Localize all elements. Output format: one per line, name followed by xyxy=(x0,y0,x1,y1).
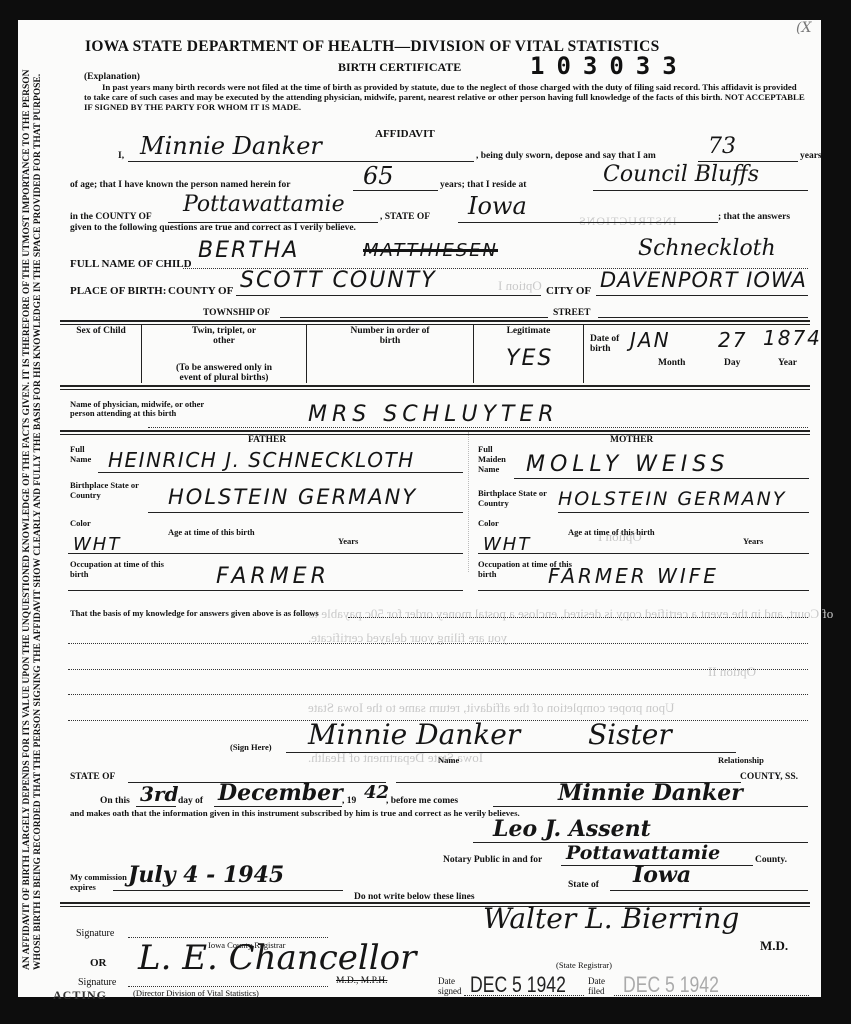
corner-mark: (X xyxy=(796,20,811,36)
or-label: OR xyxy=(90,957,107,969)
known-years: 65 xyxy=(363,162,394,190)
before-me-label: , before me comes xyxy=(386,796,458,806)
date-signed-label: Date signed xyxy=(438,976,464,996)
birth-date-label: Date of birth xyxy=(590,334,630,354)
affiant-relationship: Sister xyxy=(588,718,672,751)
day-of-label: day of xyxy=(178,796,203,806)
birth-city: DAVENPORT IOWA xyxy=(600,268,807,292)
md-label: M.D. xyxy=(760,938,788,954)
day-label: Day xyxy=(724,358,740,368)
certificate-number: 103033 xyxy=(530,52,689,80)
notary-state-label: STATE OF xyxy=(70,772,115,782)
mother-name: MOLLY WEISS xyxy=(526,452,729,477)
father-color: WHT xyxy=(73,534,121,555)
county-label: in the COUNTY OF xyxy=(70,212,152,222)
child-name-label: FULL NAME OF CHILD xyxy=(70,258,192,270)
father-name: HEINRICH J. SCHNECKLOTH xyxy=(108,448,415,472)
notary-day: 3rd xyxy=(140,782,178,806)
affiant-signature: Minnie Danker xyxy=(308,718,520,751)
state-registrar-signature: Walter L. Bierring xyxy=(483,902,739,935)
director-signature: L. E. Chancellor xyxy=(138,938,416,978)
month-label: Month xyxy=(658,358,685,368)
father-birthplace-label: Birthplace State or Country xyxy=(70,480,150,500)
md-mph-label: M.D., M.P.H. xyxy=(336,976,387,986)
do-not-write-label: Do not write below these lines xyxy=(354,892,475,902)
notary-comes-name: Minnie Danker xyxy=(558,780,743,806)
known-text: of age; that I have known the person nam… xyxy=(70,180,290,190)
oath-text: and makes oath that the information give… xyxy=(70,808,520,818)
state-registrar-label: (State Registrar) xyxy=(556,960,612,970)
birth-month: JAN xyxy=(630,328,671,352)
sign-here-label: (Sign Here) xyxy=(230,742,272,752)
notary-county: Pottawattamie xyxy=(566,842,720,864)
father-birthplace: HOLSTEIN GERMANY xyxy=(168,485,417,509)
order-label: Number in order of birth xyxy=(310,326,470,346)
acting-stamp: ACTING xyxy=(53,988,107,1003)
legitimate-value: YES xyxy=(506,346,553,371)
affiant-state: Iowa xyxy=(468,192,527,220)
explanation-text: In past years many birth records were no… xyxy=(84,82,806,112)
sworn-text: , being duly sworn, depose and say that … xyxy=(476,151,656,161)
bleed-through-text: of Court, and in the event a certified c… xyxy=(308,606,833,622)
mother-color: WHT xyxy=(483,534,531,555)
birth-year: 1874 xyxy=(763,326,822,350)
believe-text: given to the following questions are tru… xyxy=(70,223,356,233)
bleed-through-text: Option I xyxy=(498,278,542,294)
notary-signature: Leo J. Assent xyxy=(493,816,651,842)
on-this-label: On this xyxy=(100,796,130,806)
father-occupation-label: Occupation at time of this birth xyxy=(70,559,180,579)
affiant-age: 73 xyxy=(708,134,736,159)
explanation-label: (Explanation) xyxy=(84,72,140,82)
reside-text: years; that I reside at xyxy=(440,180,526,190)
notary-public-label: Notary Public in and for xyxy=(443,855,542,865)
name-label: Name xyxy=(438,755,459,765)
explanation-body: In past years many birth records were no… xyxy=(84,82,797,102)
director-label: (Director Division of Vital Statistics) xyxy=(133,988,259,998)
document-subtitle: BIRTH CERTIFICATE xyxy=(338,60,461,75)
affiant-county: Pottawattamie xyxy=(183,192,345,217)
affiant-name: Minnie Danker xyxy=(140,132,322,160)
year-label: Year xyxy=(778,358,797,368)
sex-label: Sex of Child xyxy=(62,326,140,336)
county-signature-label: Signature xyxy=(76,928,114,939)
side-notice: AN AFFIDAVIT OF BIRTH LARGELY DEPENDS FO… xyxy=(22,65,44,970)
notary-state-of-label: State of xyxy=(568,880,599,890)
child-struck-name: MATTHIESEN xyxy=(363,240,498,261)
mother-heading: MOTHER xyxy=(610,435,653,445)
relationship-label: Relationship xyxy=(718,755,764,765)
mother-years-label: Years xyxy=(743,536,763,546)
answers-text: ; that the answers xyxy=(718,212,790,222)
mother-age-label: Age at time of this birth xyxy=(568,527,658,537)
twin-note: (To be answered only in event of plural … xyxy=(148,363,300,383)
residence: Council Bluffs xyxy=(603,162,759,187)
commission-date: July 4 - 1945 xyxy=(128,862,284,888)
year-prefix: , 19 xyxy=(342,796,356,806)
years-label: years xyxy=(800,151,822,161)
birth-city-label: CITY OF xyxy=(546,285,591,297)
father-heading: FATHER xyxy=(248,435,286,445)
date-filed-stamp: DEC 5 1942 xyxy=(623,972,719,998)
director-signature-label: Signature xyxy=(78,977,116,988)
father-age-label: Age at time of this birth xyxy=(168,527,258,537)
legitimate-label: Legitimate xyxy=(476,326,581,336)
date-filed-label: Date filed xyxy=(588,976,614,996)
street-label: STREET xyxy=(553,308,591,318)
notary-month: December xyxy=(218,780,343,806)
commission-label: My commission expires xyxy=(70,872,130,892)
mother-birthplace: HOLSTEIN GERMANY xyxy=(558,488,787,510)
birth-county: SCOTT COUNTY xyxy=(240,268,437,293)
child-first-name: BERTHA xyxy=(198,238,299,263)
father-occupation: FARMER xyxy=(216,564,330,589)
father-years-label: Years xyxy=(338,536,358,546)
father-color-label: Color xyxy=(70,518,91,528)
birth-county-label: COUNTY OF xyxy=(168,285,233,297)
twin-label: Twin, triplet, or other xyxy=(148,326,300,346)
father-name-label: Full Name xyxy=(70,444,96,464)
mother-occupation: FARMER WIFE xyxy=(548,564,719,588)
attendant-label: Name of physician, midwife, or other per… xyxy=(70,400,230,418)
bleed-through-text: Upon proper completion of the affidavit,… xyxy=(308,700,675,716)
bleed-through-text: Option II xyxy=(708,664,756,680)
county-label-notary: County. xyxy=(755,855,787,865)
child-last-name: Schneckloth xyxy=(638,236,776,261)
notary-state: Iowa xyxy=(633,862,691,888)
township-label: TOWNSHIP OF xyxy=(203,308,270,318)
i-label: I, xyxy=(118,151,124,161)
county-ss-label: COUNTY, SS. xyxy=(740,772,798,782)
birth-day: 27 xyxy=(718,328,747,352)
birth-certificate-page: INSTRUCTIONS Option I Option I of Court,… xyxy=(18,20,821,997)
mother-color-label: Color xyxy=(478,518,499,528)
knowledge-label: That the basis of my knowledge for answe… xyxy=(70,608,319,618)
state-label: , STATE OF xyxy=(380,212,430,222)
mother-birthplace-label: Birthplace State or Country xyxy=(478,488,558,508)
place-label: PLACE OF BIRTH: xyxy=(70,285,166,297)
affidavit-heading: AFFIDAVIT xyxy=(375,128,435,140)
mother-name-label: Full Maiden Name xyxy=(478,444,512,474)
attendant-name: MRS SCHLUYTER xyxy=(308,402,559,427)
date-signed-stamp: DEC 5 1942 xyxy=(470,972,566,998)
